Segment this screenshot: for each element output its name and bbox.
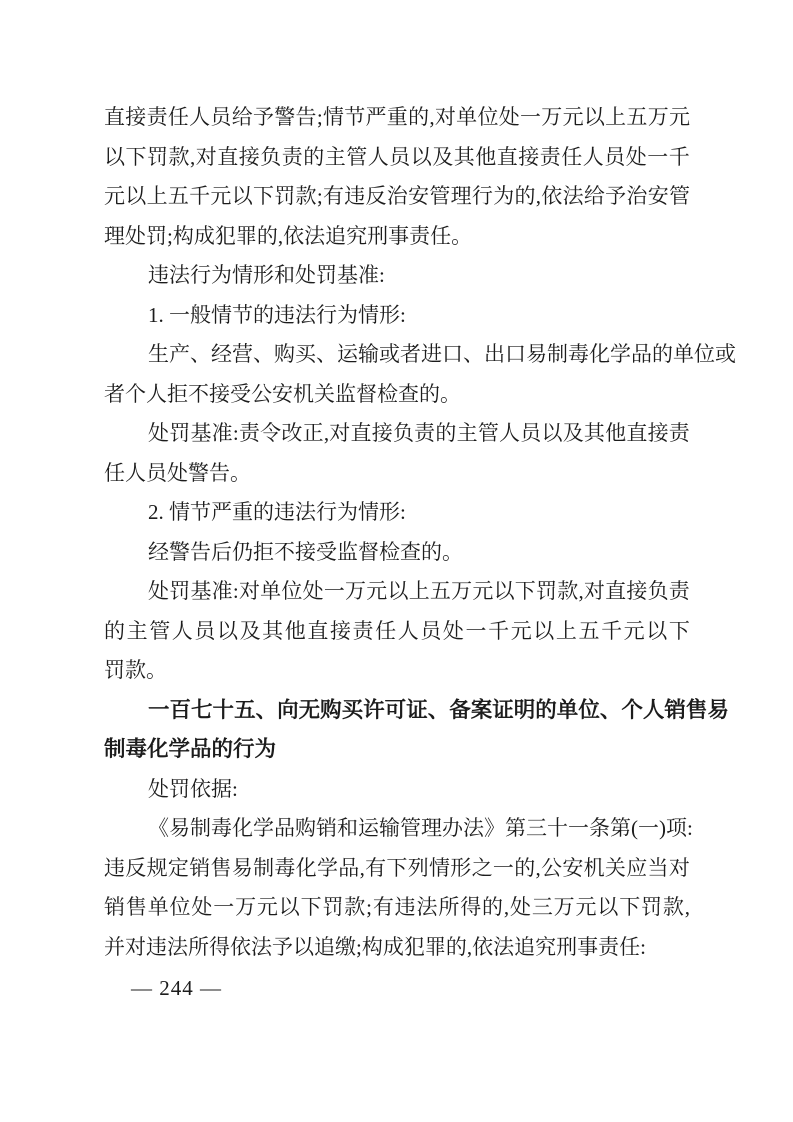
text-line: 的主管人员以及其他直接责任人员处一千元以上五千元以下	[104, 612, 690, 652]
text-line: 生产、经营、购买、运输或者进口、出口易制毒化学品的单位或	[104, 335, 690, 375]
text-line: 《易制毒化学品购销和运输管理办法》第三十一条第(一)项:	[104, 809, 690, 849]
text-line: 违法行为情形和处罚基准:	[104, 256, 690, 296]
text-line: 1. 一般情节的违法行为情形:	[104, 296, 690, 336]
document-body: 直接责任人员给予警告;情节严重的,对单位处一万元以上五万元以下罚款,对直接负责的…	[104, 98, 690, 967]
text-line: 直接责任人员给予警告;情节严重的,对单位处一万元以上五万元	[104, 98, 690, 138]
text-line: 处罚基准:责令改正,对直接负责的主管人员以及其他直接责	[104, 414, 690, 454]
text-line: 经警告后仍拒不接受监督检查的。	[104, 533, 690, 573]
text-line: 理处罚;构成犯罪的,依法追究刑事责任。	[104, 217, 690, 257]
text-line: 元以上五千元以下罚款;有违反治安管理行为的,依法给予治安管	[104, 177, 690, 217]
text-line: 者个人拒不接受公安机关监督检查的。	[104, 375, 690, 415]
text-line: 违反规定销售易制毒化学品,有下列情形之一的,公安机关应当对	[104, 849, 690, 889]
book-page: 直接责任人员给予警告;情节严重的,对单位处一万元以上五万元以下罚款,对直接负责的…	[0, 0, 793, 1122]
text-line: 罚款。	[104, 651, 690, 691]
text-line: 处罚依据:	[104, 770, 690, 810]
text-line: 任人员处警告。	[104, 454, 690, 494]
heading-line: 制毒化学品的行为	[104, 730, 690, 770]
page-number: — 244 —	[131, 975, 222, 1001]
text-line: 并对违法所得依法予以追缴;构成犯罪的,依法追究刑事责任:	[104, 928, 690, 968]
heading-line: 一百七十五、向无购买许可证、备案证明的单位、个人销售易	[104, 691, 690, 731]
text-line: 销售单位处一万元以下罚款;有违法所得的,处三万元以下罚款,	[104, 888, 690, 928]
text-line: 以下罚款,对直接负责的主管人员以及其他直接责任人员处一千	[104, 138, 690, 178]
text-line: 2. 情节严重的违法行为情形:	[104, 493, 690, 533]
text-line: 处罚基准:对单位处一万元以上五万元以下罚款,对直接负责	[104, 572, 690, 612]
